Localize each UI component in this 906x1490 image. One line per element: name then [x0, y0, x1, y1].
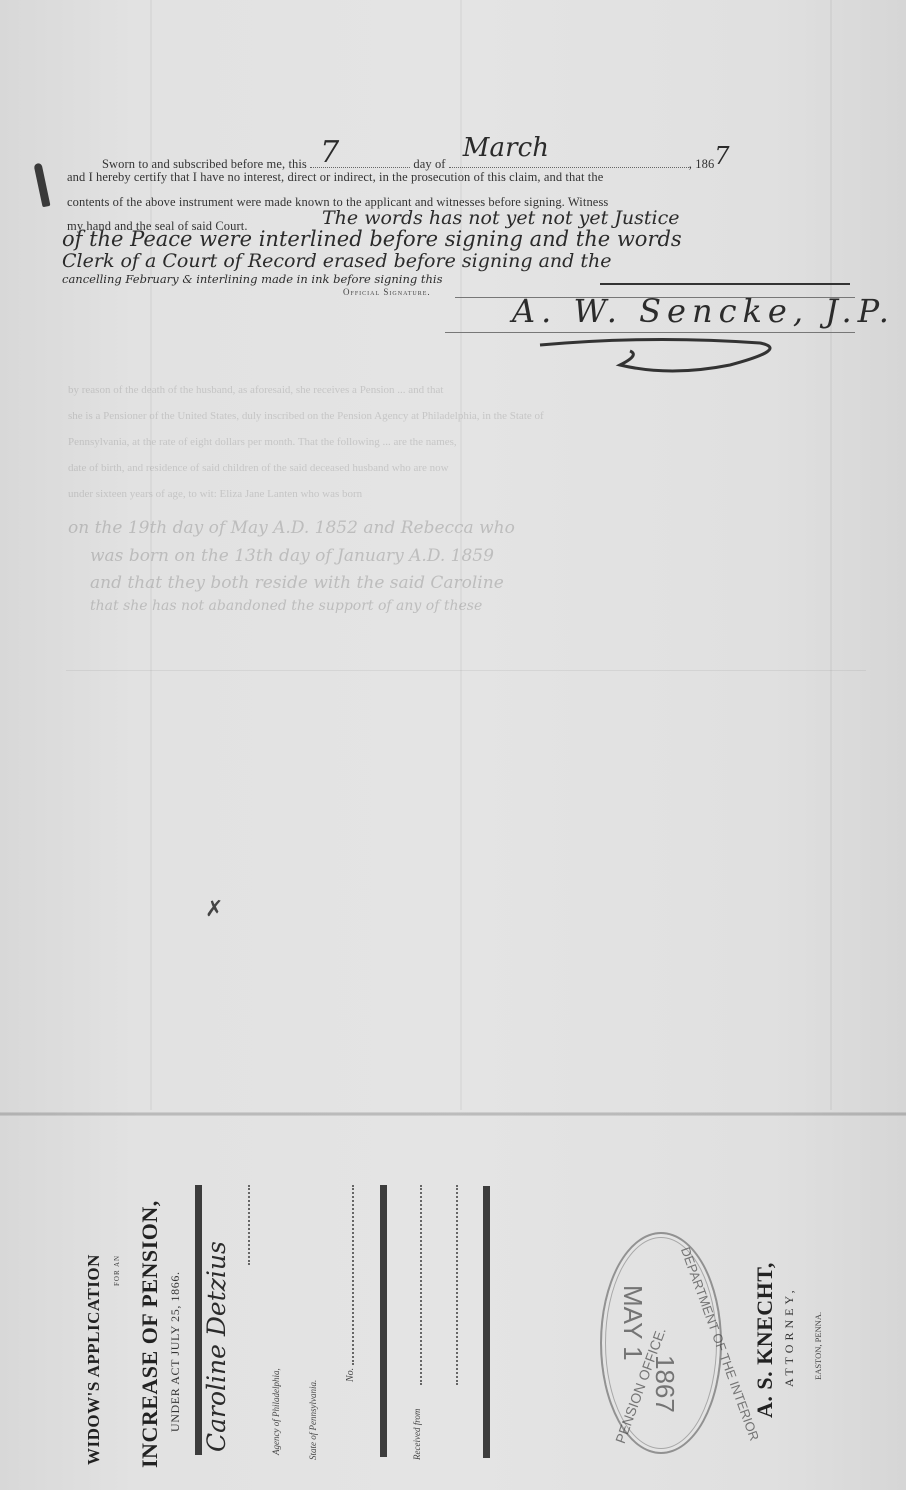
ink-bracket-mark [34, 163, 51, 208]
state-label: State of Pennsylvania. [308, 1380, 318, 1460]
month-value: March [463, 133, 549, 163]
annotation-line-4: cancelling February & interlining made i… [62, 272, 443, 286]
agency-label: Agency of Philadelphia, [271, 1368, 281, 1455]
bleed-through-print: she is a Pensioner of the United States,… [68, 410, 544, 422]
bleed-through-handwriting: and that they both reside with the said … [90, 573, 504, 593]
bleed-through-print: Pennsylvania, at the rate of eight dolla… [68, 436, 457, 448]
annotation-underline [600, 283, 850, 285]
number-dotted-line [352, 1185, 354, 1365]
docket-act: UNDER ACT JULY 25, 1866. [168, 1271, 183, 1432]
stamp-date-year: 1867 [649, 1355, 680, 1413]
docket-rule [195, 1185, 202, 1455]
docket-for-an: FOR AN [113, 1255, 121, 1286]
official-signature: A. W. Sencke, J.P. [512, 292, 895, 330]
oath-line-2: and I hereby certify that I have no inte… [67, 170, 603, 185]
faint-rule [66, 670, 866, 671]
received-from-dotted-line [420, 1185, 422, 1385]
document-page: Sworn to and subscribed before me, this … [0, 0, 906, 1490]
x-mark: ✗ [205, 897, 223, 922]
attorney-title: ATTORNEY, [782, 1286, 797, 1387]
day-of-label: day of [413, 157, 445, 171]
docket-rule [483, 1186, 490, 1458]
attorney-location: EASTON, PENNA. [813, 1312, 823, 1380]
bleed-through-handwriting: that she has not abandoned the support o… [90, 598, 482, 614]
annotation-line-3: Clerk of a Court of Record erased before… [62, 250, 612, 272]
bleed-through-handwriting: was born on the 13th day of January A.D.… [90, 546, 494, 566]
docket-title-line-1: WIDOW'S APPLICATION [84, 1254, 104, 1465]
bleed-through-print: date of birth, and residence of said chi… [68, 462, 449, 474]
annotation-line-1: The words has not yet not yet Justice [322, 207, 680, 229]
number-label: No. [345, 1368, 356, 1382]
oath-prefix-text: Sworn to and subscribed before me, this [102, 157, 307, 171]
attorney-name: A. S. KNECHT, [752, 1262, 778, 1418]
year-suffix: 7 [714, 142, 729, 170]
signature-line-2 [445, 332, 855, 333]
stamp-date-day: MAY 1 [617, 1285, 648, 1361]
bleed-through-handwriting: on the 19th day of May A.D. 1852 and Reb… [68, 518, 515, 538]
signature-flourish [530, 335, 790, 380]
annotation-line-2: of the Peace were interlined before sign… [62, 227, 682, 251]
bleed-through-print: under sixteen years of age, to wit: Eliz… [68, 488, 362, 500]
day-value: 7 [320, 135, 339, 170]
day-field: 7 [310, 153, 410, 168]
year-prefix: , 186 [689, 157, 715, 171]
received-from-label: Received from [412, 1409, 422, 1460]
docket-rule [380, 1185, 387, 1457]
docket-title-line-2: INCREASE OF PENSION, [137, 1200, 163, 1468]
official-signature-label: Official Signature. [343, 287, 431, 297]
fold-line [0, 1112, 906, 1116]
received-from-dotted-line-2 [456, 1185, 458, 1385]
claimant-name: Caroline Detzius [202, 1241, 231, 1452]
month-field: March [449, 153, 689, 168]
name-dotted-line [248, 1185, 250, 1265]
paper-crease [830, 0, 832, 1110]
bleed-through-print: by reason of the death of the husband, a… [68, 384, 443, 396]
